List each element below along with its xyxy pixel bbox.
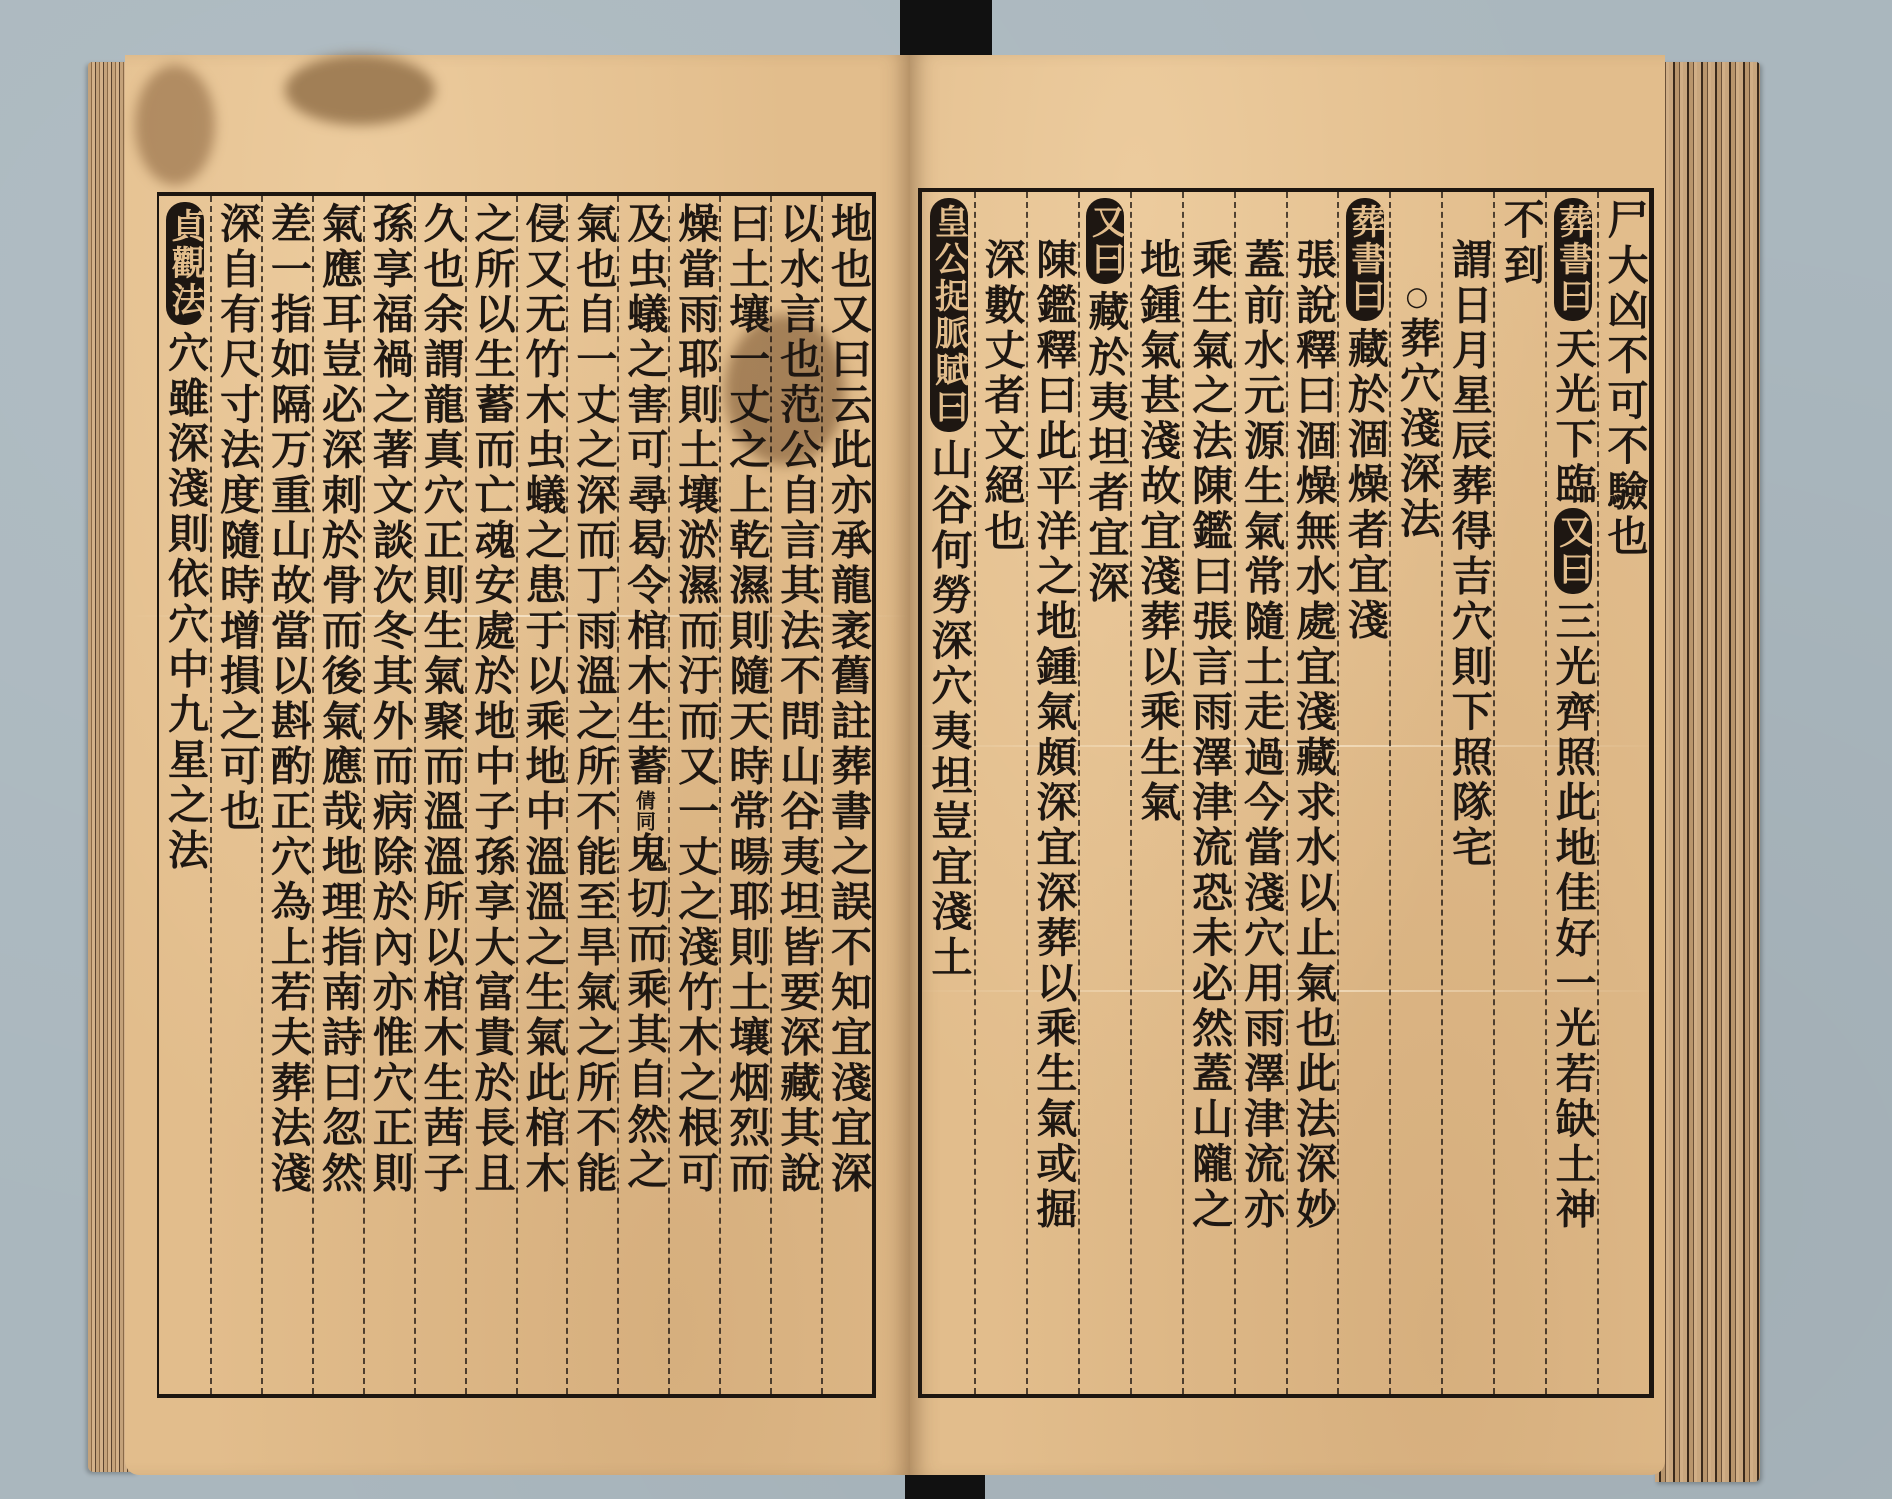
- text-column: 之所以生蓄而亡魂安處於地中子孫享大富貴於長且: [465, 196, 516, 1394]
- column-text: 貞觀法穴雖深淺則依穴中九星之法: [164, 202, 205, 873]
- citation-tag: 又曰: [1086, 198, 1124, 284]
- body-text: 鬼切而乘其自然之: [620, 832, 668, 1194]
- column-text: 深數丈者文絕也: [980, 238, 1021, 554]
- body-text: 孫享福禍之著文談次冬其外而病除於內亦惟穴正則: [366, 202, 414, 1196]
- text-column: 貞觀法穴雖深淺則依穴中九星之法: [159, 196, 210, 1394]
- body-text: 陳鑑釋曰此平洋之地鍾氣頗深宜深葬以乘生氣或掘: [1029, 238, 1077, 1232]
- book-binding-top: [900, 0, 992, 60]
- text-column: 皇公捉脈賦曰山谷何勞深穴夷坦豈宜淺土: [922, 192, 974, 1394]
- citation-tag: 又曰: [1554, 508, 1592, 594]
- stain: [135, 65, 215, 185]
- column-text: 陳鑑釋曰此平洋之地鍾氣頗深宜深葬以乘生氣或掘: [1032, 238, 1073, 1232]
- body-text: 穴雖深淺則依穴中九星之法: [161, 331, 209, 873]
- left-text-frame: 地也又曰云此亦承龍袤舊註葬書之誤不知宜淺宜深以水言也范公自言其法不問山谷夷坦皆要…: [157, 192, 876, 1398]
- body-text: 曰土壤一丈之上乾濕則隨天時常暘耶則土壤烟烈而: [722, 202, 770, 1196]
- text-column: 張說釋曰涸燥無水處宜淺藏求水以止氣也此法深妙: [1286, 192, 1338, 1394]
- body-text: 久也余謂龍真穴正則生氣聚而溫溫所以棺木生茜子: [417, 202, 465, 1196]
- left-page: 地也又曰云此亦承龍袤舊註葬書之誤不知宜淺宜深以水言也范公自言其法不問山谷夷坦皆要…: [125, 55, 910, 1475]
- column-text: 侵又无竹木虫蟻之患于以乘地中溫溫之生氣此棺木: [522, 202, 563, 1196]
- column-text: 張說釋曰涸燥無水處宜淺藏求水以止氣也此法深妙: [1292, 238, 1333, 1232]
- column-text: 不到: [1500, 198, 1541, 288]
- body-text: 不到: [1497, 198, 1545, 288]
- column-text: 謂日月星辰葬得吉穴則下照隊宅: [1448, 238, 1489, 871]
- column-text: 乘生氣之法陳鑑曰張言雨澤津流恐未必然蓋山隴之: [1188, 238, 1229, 1232]
- text-column: 久也余謂龍真穴正則生氣聚而溫溫所以棺木生茜子: [414, 196, 465, 1394]
- column-text: 久也余謂龍真穴正則生氣聚而溫溫所以棺木生茜子: [420, 202, 461, 1196]
- text-column: 地鍾氣甚淺故宜淺葬以乘生氣: [1130, 192, 1182, 1394]
- stain: [285, 55, 435, 125]
- text-column: 深數丈者文絕也: [974, 192, 1026, 1394]
- body-text: 侵又无竹木虫蟻之患于以乘地中溫溫之生氣此棺木: [519, 202, 567, 1196]
- column-text: 尸大凶不可不驗也: [1604, 198, 1645, 560]
- body-text: 天光下臨: [1549, 327, 1597, 508]
- body-text: 藏於涸燥者宜淺: [1341, 327, 1389, 643]
- text-column: 氣也自一丈之深而丁雨溫之所不能至旱氣之所不能: [566, 196, 617, 1394]
- text-column: 不到: [1493, 192, 1545, 1394]
- column-text: ○葬穴淺深法: [1396, 282, 1437, 542]
- citation-tag: 葬書曰: [1554, 198, 1592, 321]
- text-column: 尸大凶不可不驗也: [1597, 192, 1649, 1394]
- column-text: 孫享福禍之著文談次冬其外而病除於內亦惟穴正則: [369, 202, 410, 1196]
- text-column: 孫享福禍之著文談次冬其外而病除於內亦惟穴正則: [363, 196, 414, 1394]
- section-circle-mark: ○: [1402, 282, 1432, 316]
- body-text: 差一指如隔万重山故當以斟酌正穴為上若夫葬法淺: [264, 202, 312, 1196]
- body-text: 尸大凶不可不驗也: [1601, 198, 1649, 560]
- text-column: 又曰藏於夷坦者宜深: [1078, 192, 1130, 1394]
- column-text: 氣也自一丈之深而丁雨溫之所不能至旱氣之所不能: [572, 202, 613, 1196]
- body-text: 深數丈者文絕也: [977, 238, 1025, 554]
- text-column: 深自有尺寸法度隨時增損之可也: [210, 196, 261, 1394]
- column-text: 氣應耳豈必深刺於骨而後氣應哉地理指南詩曰忽然: [318, 202, 359, 1196]
- text-column: 曰土壤一丈之上乾濕則隨天時常暘耶則土壤烟烈而: [719, 196, 770, 1394]
- text-column: 乘生氣之法陳鑑曰張言雨澤津流恐未必然蓋山隴之: [1182, 192, 1234, 1394]
- column-text: 皇公捉脈賦曰山谷何勞深穴夷坦豈宜淺土: [928, 198, 969, 980]
- text-column: 葬書曰天光下臨又曰三光齊照此地佳好一光若缺土神: [1545, 192, 1597, 1394]
- column-text: 地鍾氣甚淺故宜淺葬以乘生氣: [1136, 238, 1177, 826]
- text-column: 蓋前水元源生氣常隨土走過今當淺穴用雨澤津流亦: [1234, 192, 1286, 1394]
- body-text: 地也又曰云此亦承龍袤舊註葬書之誤不知宜淺宜深: [824, 202, 872, 1196]
- citation-tag: 葬書曰: [1346, 198, 1384, 321]
- column-text: 地也又曰云此亦承龍袤舊註葬書之誤不知宜淺宜深: [827, 202, 868, 1196]
- column-text: 蓋前水元源生氣常隨土走過今當淺穴用雨澤津流亦: [1240, 238, 1281, 1232]
- citation-tag: 貞觀法: [166, 202, 204, 325]
- body-text: 山谷何勞深穴夷坦豈宜淺土: [925, 438, 973, 980]
- body-text: 三光齊照此地佳好一光若缺土神: [1549, 600, 1597, 1233]
- text-column: 以水言也范公自言其法不問山谷夷坦皆要深藏其說: [770, 196, 821, 1394]
- interlinear-note: 倩同: [634, 790, 654, 832]
- right-page: 尸大凶不可不驗也葬書曰天光下臨又曰三光齊照此地佳好一光若缺土神不到謂日月星辰葬得…: [910, 55, 1665, 1475]
- text-column: 陳鑑釋曰此平洋之地鍾氣頗深宜深葬以乘生氣或掘: [1026, 192, 1078, 1394]
- body-text: 氣也自一丈之深而丁雨溫之所不能至旱氣之所不能: [569, 202, 617, 1196]
- column-text: 葬書曰天光下臨又曰三光齊照此地佳好一光若缺土神: [1552, 198, 1593, 1233]
- text-column: 侵又无竹木虫蟻之患于以乘地中溫溫之生氣此棺木: [516, 196, 567, 1394]
- column-text: 以水言也范公自言其法不問山谷夷坦皆要深藏其說: [776, 202, 817, 1196]
- column-text: 之所以生蓄而亡魂安處於地中子孫享大富貴於長且: [471, 202, 512, 1196]
- body-text: 蓋前水元源生氣常隨土走過今當淺穴用雨澤津流亦: [1237, 238, 1285, 1232]
- text-column: 謂日月星辰葬得吉穴則下照隊宅: [1441, 192, 1493, 1394]
- column-text: 差一指如隔万重山故當以斟酌正穴為上若夫葬法淺: [267, 202, 308, 1196]
- body-text: 及虫蟻之害可尋曷令棺木生蓄: [620, 202, 668, 790]
- text-column: 差一指如隔万重山故當以斟酌正穴為上若夫葬法淺: [261, 196, 312, 1394]
- body-text: 燥當雨耶則土壤淤濕而汙而又一丈之淺竹木之根可: [671, 202, 719, 1196]
- body-text: 藏於夷坦者宜深: [1081, 290, 1129, 606]
- body-text: 之所以生蓄而亡魂安處於地中子孫享大富貴於長且: [468, 202, 516, 1196]
- citation-tag: 皇公捉脈賦曰: [930, 198, 968, 432]
- body-text: 張說釋曰涸燥無水處宜淺藏求水以止氣也此法深妙: [1289, 238, 1337, 1232]
- text-column: ○葬穴淺深法: [1389, 192, 1441, 1394]
- right-page-stack-edge: [1655, 62, 1760, 1482]
- column-text: 燥當雨耶則土壤淤濕而汙而又一丈之淺竹木之根可: [674, 202, 715, 1196]
- right-text-frame: 尸大凶不可不驗也葬書曰天光下臨又曰三光齊照此地佳好一光若缺土神不到謂日月星辰葬得…: [918, 188, 1654, 1398]
- column-text: 曰土壤一丈之上乾濕則隨天時常暘耶則土壤烟烈而: [725, 202, 766, 1196]
- column-text: 葬書曰藏於涸燥者宜淺: [1344, 198, 1385, 643]
- body-text: 乘生氣之法陳鑑曰張言雨澤津流恐未必然蓋山隴之: [1185, 238, 1233, 1232]
- body-text: 地鍾氣甚淺故宜淺葬以乘生氣: [1133, 238, 1181, 826]
- column-text: 及虫蟻之害可尋曷令棺木生蓄倩同鬼切而乘其自然之: [623, 202, 664, 1193]
- text-column: 及虫蟻之害可尋曷令棺木生蓄倩同鬼切而乘其自然之: [617, 196, 668, 1394]
- body-text: 謂日月星辰葬得吉穴則下照隊宅: [1445, 238, 1493, 871]
- text-column: 葬書曰藏於涸燥者宜淺: [1337, 192, 1389, 1394]
- body-text: 深自有尺寸法度隨時增損之可也: [213, 202, 261, 835]
- column-text: 又曰藏於夷坦者宜深: [1084, 198, 1125, 606]
- text-column: 氣應耳豈必深刺於骨而後氣應哉地理指南詩曰忽然: [312, 196, 363, 1394]
- body-text: 葬穴淺深法: [1393, 316, 1441, 542]
- body-text: 以水言也范公自言其法不問山谷夷坦皆要深藏其說: [773, 202, 821, 1196]
- text-column: 燥當雨耶則土壤淤濕而汙而又一丈之淺竹木之根可: [668, 196, 719, 1394]
- body-text: 氣應耳豈必深刺於骨而後氣應哉地理指南詩曰忽然: [315, 202, 363, 1196]
- text-column: 地也又曰云此亦承龍袤舊註葬書之誤不知宜淺宜深: [821, 196, 872, 1394]
- column-text: 深自有尺寸法度隨時增損之可也: [216, 202, 257, 835]
